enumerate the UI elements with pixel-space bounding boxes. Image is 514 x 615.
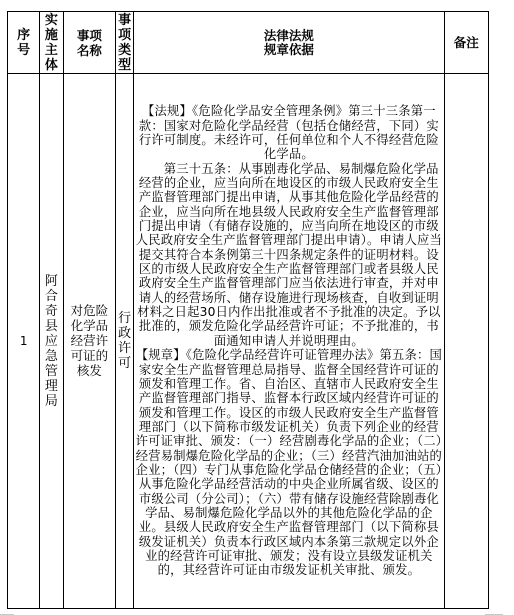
legal-basis-paragraph: 【法规】《危险化学品安全管理条例》第三十三条第一款：国家对危险化学品经营（包括仓…	[134, 104, 443, 161]
header-item-name: 事项名称	[63, 12, 116, 74]
header-remarks: 备注	[444, 12, 489, 74]
header-subject-label: 实施主体	[44, 13, 58, 73]
regulation-table: 序号 实施主体 事项名称 事项类型 法律法规 规章依据 备注 1 阿合奇县应急管…	[7, 11, 489, 609]
header-serial: 序号	[8, 12, 40, 74]
cell-item-name: 对危险化学品经营许可证的核发	[63, 74, 116, 609]
cell-item-type: 行政许可	[116, 74, 134, 609]
header-legal-basis: 法律法规 规章依据	[134, 12, 444, 74]
header-subject: 实施主体	[40, 12, 63, 74]
cell-legal-basis: 【法规】《危险化学品安全管理条例》第三十三条第一款：国家对危险化学品经营（包括仓…	[134, 74, 444, 609]
header-item-type: 事项类型	[116, 12, 134, 74]
header-legal-basis-line1: 法律法规	[134, 29, 443, 43]
header-legal-basis-line2: 规章依据	[134, 43, 443, 57]
item-type-value: 行政许可	[118, 311, 132, 371]
header-row: 序号 实施主体 事项名称 事项类型 法律法规 规章依据 备注	[8, 12, 489, 74]
cell-subject: 阿合奇县应急管理局	[40, 74, 63, 609]
header-item-type-label: 事项类型	[118, 13, 132, 73]
cell-serial: 1	[8, 74, 40, 609]
serial-value: 1	[20, 334, 28, 348]
header-remarks-label: 备注	[454, 35, 479, 50]
item-name-value: 对危险化学品经营许可证的核发	[68, 303, 110, 378]
legal-basis-paragraph: 第三十五条：从事剧毒化学品、易制爆危险化学品经营的企业，应当向所在地设区的市级人…	[134, 162, 443, 348]
legal-basis-paragraph: 【规章】《危险化学品经营许可证管理办法》第五条：国家安全生产监督管理总局指导、监…	[134, 348, 443, 578]
header-serial-label: 序号	[17, 28, 31, 58]
header-item-name-label: 事项名称	[75, 28, 103, 58]
table-row: 1 阿合奇县应急管理局 对危险化学品经营许可证的核发 行政许可 【法规】《危险化…	[8, 74, 489, 609]
cell-remarks	[444, 74, 489, 609]
subject-value: 阿合奇县应急管理局	[44, 274, 58, 409]
